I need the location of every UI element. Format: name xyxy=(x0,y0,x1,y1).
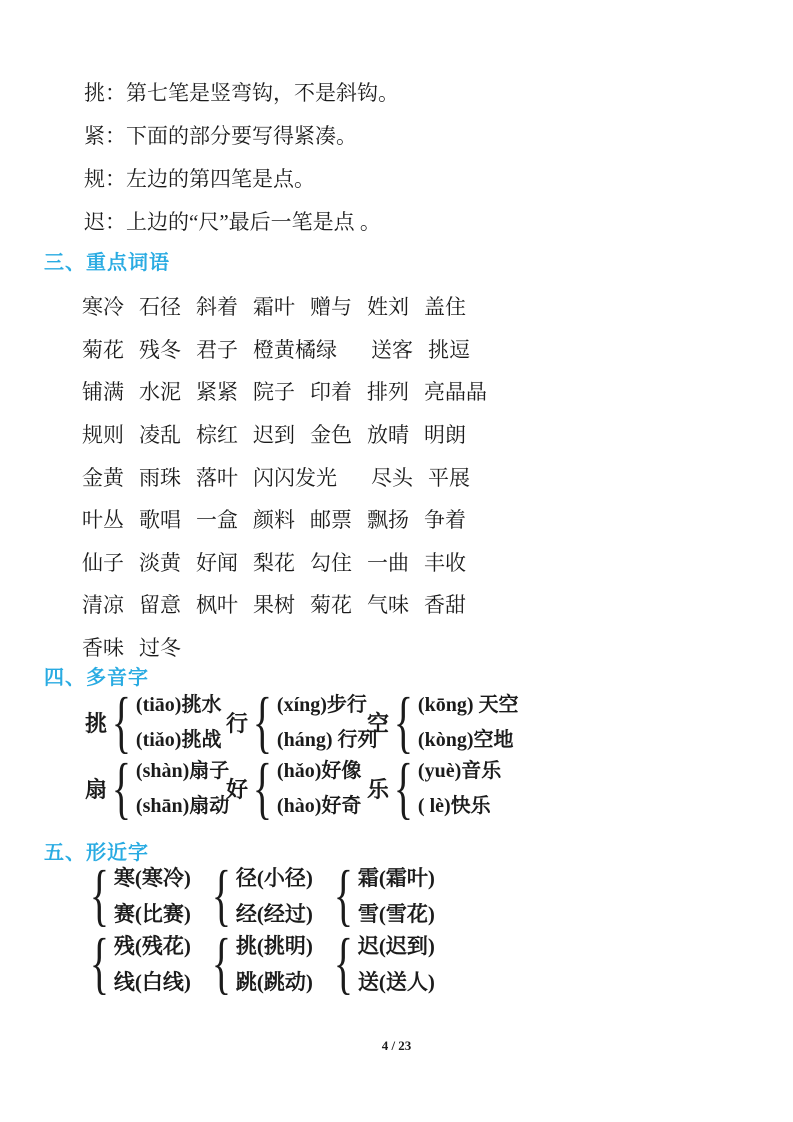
word: 棕红 xyxy=(196,419,238,449)
word: 闪闪发光 xyxy=(253,462,337,492)
word: 一曲 xyxy=(367,547,409,577)
page-number: 4 / 23 xyxy=(0,1038,793,1054)
brace-glyph: { xyxy=(212,930,231,998)
pronunciation-entries: (hǎo)好像(hào)好奇 xyxy=(277,758,361,819)
similar-entries: 迟(迟到)送(送人) xyxy=(358,933,435,995)
polyphonic-row: 挑{(tiāo)挑水(tiǎo)挑战行{(xíng)步行(háng) 行列空{(… xyxy=(85,692,518,753)
word: 盖住 xyxy=(424,291,466,321)
polyphonic-group: 扇{(shàn)扇子(shān)扇动 xyxy=(85,758,226,819)
pronunciation-entry: (hǎo)好像 xyxy=(277,758,361,784)
base-character: 空 xyxy=(367,707,389,738)
word: 邮票 xyxy=(310,504,352,534)
word: 歌唱 xyxy=(139,504,181,534)
word: 斜着 xyxy=(196,291,238,321)
base-character: 挑 xyxy=(85,707,107,738)
similar-entry: 挑(挑明) xyxy=(236,933,313,959)
word: 气味 xyxy=(367,589,409,619)
pronunciation-entry: (háng) 行列 xyxy=(277,727,378,753)
pronunciation-entry: (kōng) 天空 xyxy=(418,692,519,718)
word: 颜料 xyxy=(253,504,295,534)
similar-entries: 挑(挑明)跳(跳动) xyxy=(236,933,313,995)
pronunciation-entry: (shàn)扇子 xyxy=(136,758,229,784)
similar-entry: 迟(迟到) xyxy=(358,933,435,959)
base-character: 扇 xyxy=(85,773,107,804)
similar-row: {残(残花)线(白线){挑(挑明)跳(跳动){迟(迟到)送(送人) xyxy=(85,933,435,995)
brace-glyph: { xyxy=(90,930,109,998)
word: 果树 xyxy=(253,589,295,619)
similar-entries: 霜(霜叶)雪(雪花) xyxy=(358,865,435,927)
pronunciation-entry: (yuè)音乐 xyxy=(418,758,501,784)
stroke-notes: 挑：第七笔是竖弯钩，不是斜钩。 紧：下面的部分要写得紧凑。 规：左边的第四笔是点… xyxy=(84,72,399,244)
word: 残冬 xyxy=(139,334,181,364)
base-character: 行 xyxy=(226,707,248,738)
similar-char-groups: {寒(寒冷)赛(比赛){径(小径)经(经过){霜(霜叶)雪(雪花){残(残花)线… xyxy=(85,865,435,1001)
word-row: 寒冷石径斜着霜叶赠与姓刘盖住 xyxy=(82,285,502,328)
word: 印着 xyxy=(310,376,352,406)
word: 争着 xyxy=(424,504,466,534)
word: 橙黄橘绿 xyxy=(253,334,337,364)
similar-group: {迟(迟到)送(送人) xyxy=(329,933,435,995)
similar-group: {径(小径)经(经过) xyxy=(207,865,329,927)
word: 铺满 xyxy=(82,376,124,406)
similar-entry: 残(残花) xyxy=(114,933,191,959)
pronunciation-entries: (shàn)扇子(shān)扇动 xyxy=(136,758,229,819)
word: 一盒 xyxy=(196,504,238,534)
word-grid: 寒冷石径斜着霜叶赠与姓刘盖住菊花残冬君子橙黄橘绿送客挑逗铺满水泥紧紧院子印着排列… xyxy=(82,285,502,668)
base-character: 好 xyxy=(226,773,248,804)
word: 明朗 xyxy=(424,419,466,449)
word: 菊花 xyxy=(310,589,352,619)
brace-glyph: { xyxy=(112,754,131,822)
similar-entry: 赛(比赛) xyxy=(114,901,191,927)
similar-entries: 残(残花)线(白线) xyxy=(114,933,191,995)
word: 叶丛 xyxy=(82,504,124,534)
pronunciation-entries: (yuè)音乐( lè)快乐 xyxy=(418,758,501,819)
word: 迟到 xyxy=(253,419,295,449)
document-page: 挑：第七笔是竖弯钩，不是斜钩。 紧：下面的部分要写得紧凑。 规：左边的第四笔是点… xyxy=(0,0,793,1122)
word: 君子 xyxy=(196,334,238,364)
similar-entry: 寒(寒冷) xyxy=(114,865,191,891)
brace-glyph: { xyxy=(394,754,413,822)
brace-glyph: { xyxy=(212,862,231,930)
word: 霜叶 xyxy=(253,291,295,321)
word: 落叶 xyxy=(196,462,238,492)
pronunciation-entry: (hào)好奇 xyxy=(277,793,361,819)
word-row: 清凉留意枫叶果树菊花气味香甜 xyxy=(82,583,502,626)
word: 规则 xyxy=(82,419,124,449)
word: 梨花 xyxy=(253,547,295,577)
pronunciation-entry: ( lè)快乐 xyxy=(418,793,501,819)
word: 尽头 xyxy=(371,462,413,492)
word: 送客 xyxy=(371,334,413,364)
similar-entry: 霜(霜叶) xyxy=(358,865,435,891)
word: 清凉 xyxy=(82,589,124,619)
word: 菊花 xyxy=(82,334,124,364)
pronunciation-entries: (kōng) 天空(kòng)空地 xyxy=(418,692,519,753)
word-row: 铺满水泥紧紧院子印着排列亮晶晶 xyxy=(82,370,502,413)
word: 雨珠 xyxy=(139,462,181,492)
pronunciation-entry: (kòng)空地 xyxy=(418,727,519,753)
word: 挑逗 xyxy=(428,334,470,364)
stroke-note-line: 紧：下面的部分要写得紧凑。 xyxy=(84,115,399,158)
polyphonic-group: 好{(hǎo)好像(hào)好奇 xyxy=(226,758,367,819)
stroke-note-line: 迟：上边的“尺”最后一笔是点 。 xyxy=(84,201,399,244)
brace-glyph: { xyxy=(253,688,272,756)
polyphonic-group: 挑{(tiāo)挑水(tiǎo)挑战 xyxy=(85,692,226,753)
word: 亮晶晶 xyxy=(424,376,487,406)
similar-entry: 送(送人) xyxy=(358,969,435,995)
word: 紧紧 xyxy=(196,376,238,406)
similar-entry: 经(经过) xyxy=(236,901,313,927)
word-row: 叶丛歌唱一盒颜料邮票飘扬争着 xyxy=(82,498,502,541)
pronunciation-entry: (shān)扇动 xyxy=(136,793,229,819)
word: 香味 xyxy=(82,632,124,662)
similar-row: {寒(寒冷)赛(比赛){径(小径)经(经过){霜(霜叶)雪(雪花) xyxy=(85,865,435,927)
word: 寒冷 xyxy=(82,291,124,321)
pronunciation-entry: (tiǎo)挑战 xyxy=(136,727,222,753)
word: 赠与 xyxy=(310,291,352,321)
brace-glyph: { xyxy=(112,688,131,756)
section-heading-polyphonic: 四、多音字 xyxy=(44,661,149,690)
word: 勾住 xyxy=(310,547,352,577)
word: 丰收 xyxy=(424,547,466,577)
word: 淡黄 xyxy=(139,547,181,577)
word: 平展 xyxy=(428,462,470,492)
polyphonic-row: 扇{(shàn)扇子(shān)扇动好{(hǎo)好像(hào)好奇乐{(yuè… xyxy=(85,758,518,819)
word: 放晴 xyxy=(367,419,409,449)
polyphonic-group: 空{(kōng) 天空(kòng)空地 xyxy=(367,692,518,753)
stroke-note-line: 挑：第七笔是竖弯钩，不是斜钩。 xyxy=(84,72,399,115)
similar-group: {寒(寒冷)赛(比赛) xyxy=(85,865,207,927)
word: 排列 xyxy=(367,376,409,406)
brace-glyph: { xyxy=(253,754,272,822)
similar-group: {挑(挑明)跳(跳动) xyxy=(207,933,329,995)
base-character: 乐 xyxy=(367,773,389,804)
word: 石径 xyxy=(139,291,181,321)
pronunciation-entry: (tiāo)挑水 xyxy=(136,692,222,718)
similar-entry: 径(小径) xyxy=(236,865,313,891)
brace-glyph: { xyxy=(334,862,353,930)
section-heading-key-words: 三、重点词语 xyxy=(44,246,170,275)
word: 香甜 xyxy=(424,589,466,619)
similar-entry: 线(白线) xyxy=(114,969,191,995)
polyphonic-groups: 挑{(tiāo)挑水(tiǎo)挑战行{(xíng)步行(háng) 行列空{(… xyxy=(85,692,518,824)
word: 金黄 xyxy=(82,462,124,492)
word: 姓刘 xyxy=(367,291,409,321)
word: 留意 xyxy=(139,589,181,619)
word: 金色 xyxy=(310,419,352,449)
polyphonic-group: 乐{(yuè)音乐( lè)快乐 xyxy=(367,758,501,819)
word: 水泥 xyxy=(139,376,181,406)
pronunciation-entry: (xíng)步行 xyxy=(277,692,378,718)
pronunciation-entries: (tiāo)挑水(tiǎo)挑战 xyxy=(136,692,222,753)
stroke-note-line: 规：左边的第四笔是点。 xyxy=(84,158,399,201)
brace-glyph: { xyxy=(334,930,353,998)
similar-group: {霜(霜叶)雪(雪花) xyxy=(329,865,435,927)
similar-entries: 径(小径)经(经过) xyxy=(236,865,313,927)
word: 枫叶 xyxy=(196,589,238,619)
word-row: 规则凌乱棕红迟到金色放晴明朗 xyxy=(82,413,502,456)
brace-glyph: { xyxy=(90,862,109,930)
similar-entries: 寒(寒冷)赛(比赛) xyxy=(114,865,191,927)
pronunciation-entries: (xíng)步行(háng) 行列 xyxy=(277,692,378,753)
word: 过冬 xyxy=(139,632,181,662)
word: 飘扬 xyxy=(367,504,409,534)
word: 院子 xyxy=(253,376,295,406)
word-row: 仙子淡黄好闻梨花勾住一曲丰收 xyxy=(82,541,502,584)
word: 好闻 xyxy=(196,547,238,577)
word: 仙子 xyxy=(82,547,124,577)
word: 凌乱 xyxy=(139,419,181,449)
similar-group: {残(残花)线(白线) xyxy=(85,933,207,995)
brace-glyph: { xyxy=(394,688,413,756)
word-row: 菊花残冬君子橙黄橘绿送客挑逗 xyxy=(82,328,502,371)
polyphonic-group: 行{(xíng)步行(háng) 行列 xyxy=(226,692,367,753)
similar-entry: 跳(跳动) xyxy=(236,969,313,995)
similar-entry: 雪(雪花) xyxy=(358,901,435,927)
word-row: 金黄雨珠落叶闪闪发光尽头平展 xyxy=(82,455,502,498)
